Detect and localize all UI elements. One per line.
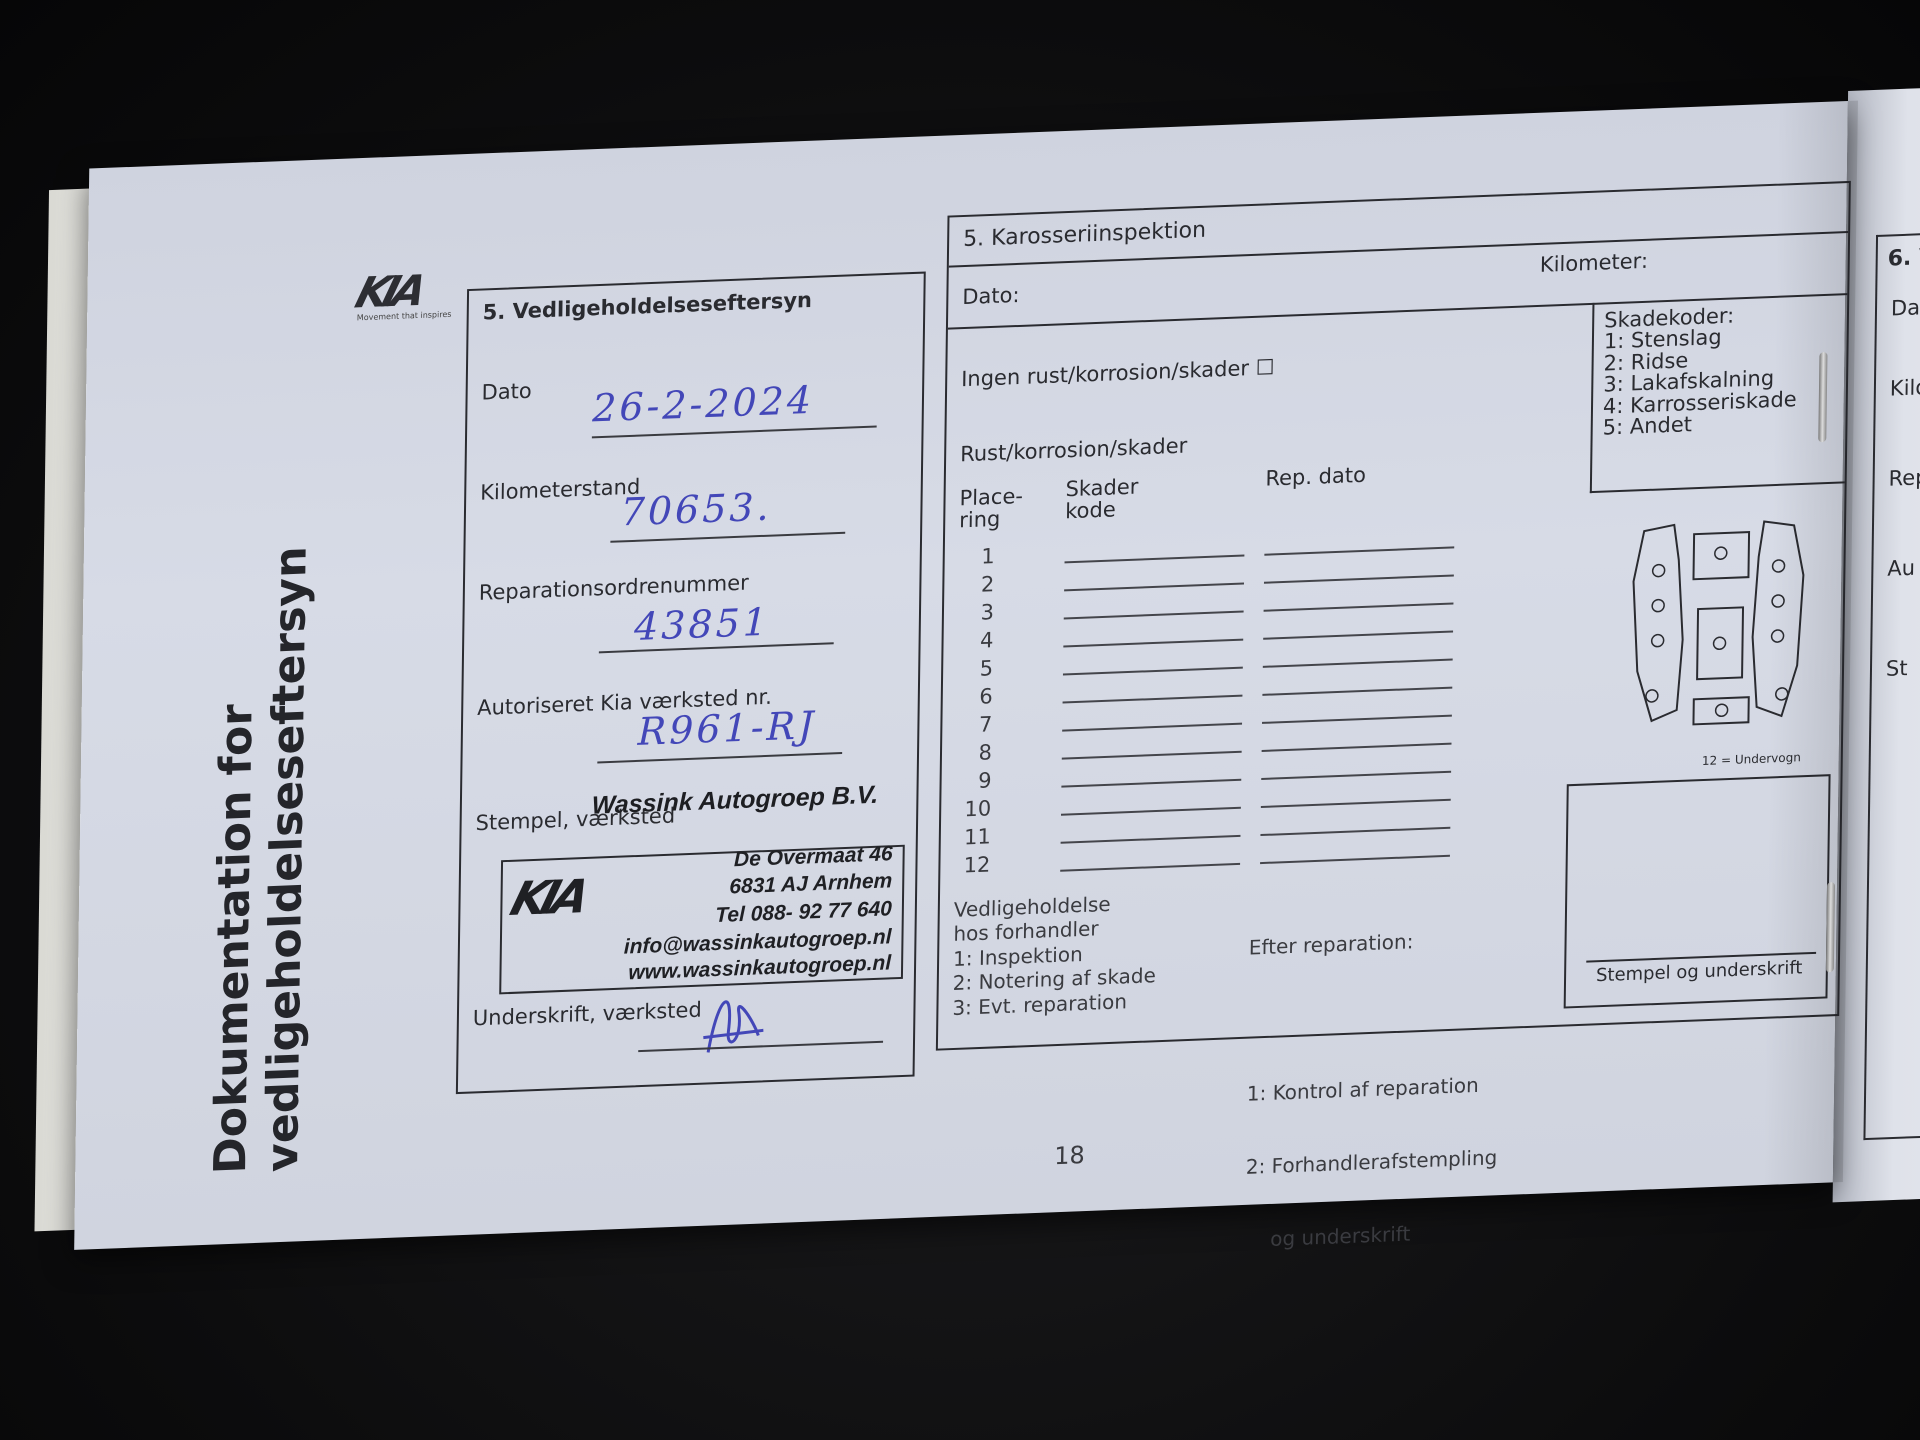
damage-code-field[interactable] (1063, 667, 1243, 676)
note-right-1: Efter reparation: (1249, 926, 1501, 960)
next-field-stempel: St (1886, 656, 1908, 681)
date-label: Dato (481, 379, 531, 405)
service-box-title: 5. Vedligeholdelseseftersyn (468, 274, 923, 336)
no-rust-label: Ingen rust/korrosion/skader (961, 356, 1249, 391)
section-vertical-title: Dokumentation for vedligeholdelsesefters… (205, 545, 317, 1174)
damage-code-field[interactable] (1061, 779, 1241, 788)
stamp-postcode: 6831 AJ Arnhem (729, 869, 892, 899)
damage-code-field[interactable] (1063, 695, 1243, 704)
row-number: 7 (952, 712, 992, 738)
row-number: 11 (951, 824, 991, 850)
row-number: 6 (953, 684, 993, 710)
damage-code-field[interactable] (1064, 583, 1244, 592)
left-page: KIA Movement that inspires Dokumentation… (74, 101, 1848, 1250)
damage-code-field[interactable] (1062, 751, 1242, 760)
note-right-2 (1248, 999, 1500, 1033)
repair-date-field[interactable] (1263, 631, 1453, 640)
workshop-stamp: KIA De Overmaat 46 6831 AJ Arnhem Tel 08… (499, 845, 905, 995)
column-repair-date: Rep. dato (1265, 464, 1366, 490)
inspection-km-label: Kilometer: (1540, 249, 1648, 277)
damage-code-field[interactable] (1060, 863, 1240, 872)
maintenance-service-box: 5. Vedligeholdelseseftersyn Dato 26-2-20… (456, 271, 926, 1094)
page-number: 18 (1054, 1141, 1085, 1170)
column-placement: Place- ring (959, 485, 1023, 532)
repair-date-field[interactable] (1264, 546, 1454, 555)
workshop-number-value[interactable]: R961-RJ (637, 703, 816, 754)
note-right-4: 2: Forhandlerafstempling (1246, 1145, 1498, 1179)
stamp-kia-logo: KIA (505, 869, 591, 926)
damage-code-field[interactable] (1065, 554, 1245, 563)
body-inspection-box: 5. Karosseriinspektion Dato: Kilometer: … (936, 181, 1851, 1051)
damage-code-field[interactable] (1061, 835, 1241, 844)
damage-code-field[interactable] (1064, 611, 1244, 620)
stamp-phone: Tel 088- 92 77 640 (715, 897, 892, 928)
rust-label: Rust/korrosion/skader (960, 434, 1187, 467)
repair-date-field[interactable] (1261, 799, 1451, 808)
next-field-au: Au (1887, 556, 1915, 581)
next-service-box: 6. Ve Dato Kilor Rep Au St (1863, 226, 1920, 1140)
repair-date-field[interactable] (1264, 602, 1454, 611)
workshop-number-line (597, 752, 842, 763)
note-right-5: og underskrift (1245, 1219, 1497, 1253)
next-field-km: Kilor (1890, 375, 1920, 401)
next-field-rep: Rep (1888, 465, 1920, 491)
row-number: 1 (955, 544, 995, 570)
notes-dealer-maintenance: Vedligeholdelse hos forhandler 1: Inspek… (952, 890, 1157, 1020)
km-label: Kilometerstand (480, 475, 640, 505)
stamp-address: De Overmaat 46 (734, 842, 893, 872)
kia-logo: KIA Movement that inspires (357, 265, 452, 323)
spine-shadow (1763, 101, 1858, 1185)
repair-date-field[interactable] (1263, 659, 1453, 668)
stamp-company-name: Wassink Autogroep B.V. (592, 781, 879, 821)
inspection-date-label: Dato: (962, 283, 1019, 309)
row-number: 8 (952, 740, 992, 766)
km-value[interactable]: 70653. (620, 485, 771, 535)
column-damage-code: Skader kode (1065, 475, 1138, 522)
row-number: 3 (954, 600, 994, 626)
repair-date-field[interactable] (1261, 771, 1451, 780)
staple-top (1818, 352, 1827, 442)
repair-date-field[interactable] (1262, 715, 1452, 724)
no-rust-checkbox[interactable]: ☐ (1256, 355, 1275, 380)
damage-code-field[interactable] (1063, 639, 1243, 648)
service-booklet: 6. Ve Dato Kilor Rep Au St KIA Movement … (33, 48, 1920, 1322)
row-number: 12 (950, 852, 990, 878)
next-field-dato: Dato (1891, 295, 1920, 321)
staple-bottom (1826, 882, 1835, 972)
repair-order-value[interactable]: 43851 (634, 600, 770, 649)
repair-order-label: Reparationsordrenummer (479, 571, 749, 605)
row-number: 2 (954, 572, 994, 598)
date-value[interactable]: 26-2-2024 (592, 378, 814, 431)
repair-date-field[interactable] (1260, 827, 1450, 836)
row-number: 10 (951, 796, 991, 822)
repair-date-field[interactable] (1260, 855, 1450, 864)
row-number: 9 (951, 768, 991, 794)
vertical-title-line-2: vedligeholdelseseftersyn (257, 545, 318, 1172)
row-number: 5 (953, 656, 993, 682)
repair-date-field[interactable] (1264, 574, 1454, 583)
vertical-title-line-1: Dokumentation for (205, 547, 266, 1174)
repair-date-field[interactable] (1262, 687, 1452, 696)
no-rust-option: Ingen rust/korrosion/skader ☐ (961, 355, 1275, 391)
notes-after-repair: Efter reparation: 1: Kontrol af reparati… (1244, 877, 1501, 1302)
signature-label: Underskrift, værksted (473, 998, 702, 1031)
kia-logo-wordmark: KIA (350, 266, 426, 318)
handwritten-signature-icon (698, 980, 769, 1063)
row-number: 4 (953, 628, 993, 654)
repair-date-field[interactable] (1262, 743, 1452, 752)
damage-code-field[interactable] (1061, 807, 1241, 816)
damage-code-field[interactable] (1062, 723, 1242, 732)
note-right-3: 1: Kontrol af reparation (1247, 1072, 1499, 1106)
next-service-title: 6. Ve (1888, 244, 1920, 271)
